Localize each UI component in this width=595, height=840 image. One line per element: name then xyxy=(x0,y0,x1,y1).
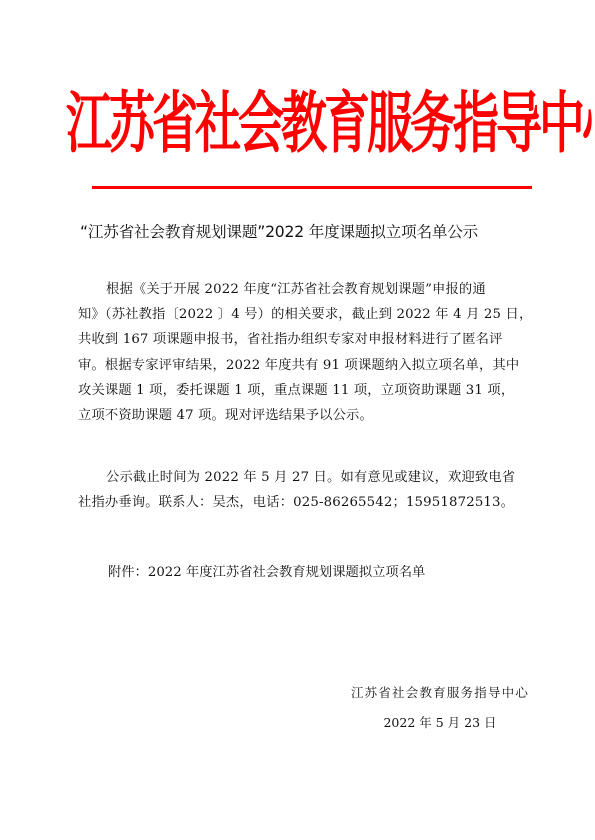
body-paragraph-1: 根据《关于开展 2022 年度“江苏省社会教育规划课题”申报的通 知》（苏社教指… xyxy=(78,277,520,428)
masthead-char: 教 xyxy=(281,69,324,176)
masthead-title: 江 苏 省 社 会 教 育 服 务 指 导 中 心 文 件 xyxy=(66,86,558,160)
masthead-char: 心 xyxy=(582,69,595,176)
paragraph-line: 社指办垂询。联系人：吴杰，电话：025-86265542；15951872513… xyxy=(78,490,520,515)
document-title: “江苏省社会教育规划课题”2022 年度课题拟立项名单公示 xyxy=(80,220,540,244)
masthead-char: 服 xyxy=(367,69,410,176)
masthead-char: 务 xyxy=(410,69,453,176)
paragraph-line: 立项不资助课题 47 项。现对评选结果予以公示。 xyxy=(78,403,520,428)
masthead-char: 会 xyxy=(238,69,281,176)
masthead-char: 苏 xyxy=(109,69,152,176)
masthead-char: 社 xyxy=(195,69,238,176)
paragraph-line: 共收到 167 项课题申报书，省社指办组织专家对申报材料进行了匿名评 xyxy=(78,327,520,352)
masthead-char: 指 xyxy=(453,69,496,176)
signature-date: 2022 年 5 月 23 日 xyxy=(320,708,560,738)
masthead-char: 省 xyxy=(152,69,195,176)
red-divider-rule xyxy=(92,186,532,189)
masthead-char: 江 xyxy=(66,69,109,176)
signature-organization: 江苏省社会教育服务指导中心 xyxy=(320,678,560,708)
body-paragraph-2: 公示截止时间为 2022 年 5 月 27 日。如有意见或建议，欢迎致电省 社指… xyxy=(78,465,520,515)
paragraph-line: 公示截止时间为 2022 年 5 月 27 日。如有意见或建议，欢迎致电省 xyxy=(78,465,520,490)
paragraph-line: 攻关课题 1 项，委托课题 1 项，重点课题 11 项，立项资助课题 31 项， xyxy=(78,378,520,403)
masthead-char: 导 xyxy=(496,69,539,176)
signature-block: 江苏省社会教育服务指导中心 2022 年 5 月 23 日 xyxy=(320,678,560,738)
masthead-char: 育 xyxy=(324,69,367,176)
paragraph-line: 知》（苏社教指〔2022 〕4 号）的相关要求，截止到 2022 年 4 月 2… xyxy=(78,302,520,327)
paragraph-line: 审。根据专家评审结果，2022 年度共有 91 项课题纳入拟立项名单，其中 xyxy=(78,353,520,378)
attachment-note: 附件：2022 年度江苏省社会教育规划课题拟立项名单 xyxy=(108,562,425,584)
masthead-char: 中 xyxy=(539,69,582,176)
paragraph-line: 根据《关于开展 2022 年度“江苏省社会教育规划课题”申报的通 xyxy=(78,277,520,302)
